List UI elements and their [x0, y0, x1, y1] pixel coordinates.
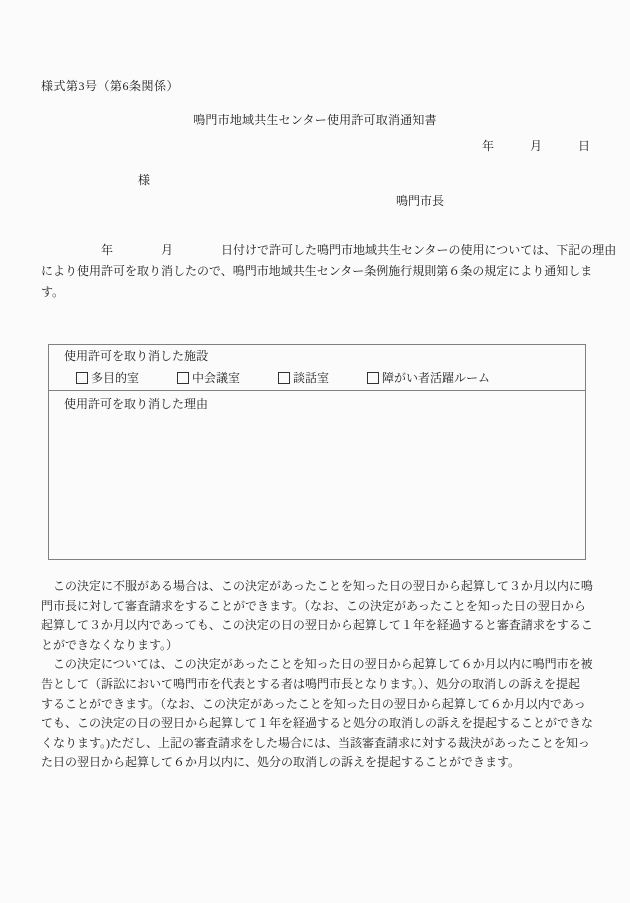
facility-checkbox-chukaigi[interactable]: 中会議室 [177, 372, 240, 384]
lawsuit-note: この決定については、この決定があったことを知った日の翌日から起算して６か月以内に… [41, 655, 629, 773]
form-number: 様式第3号（第6条関係） [41, 80, 179, 92]
legal-notes: この決定に不服がある場合は、この決定があったことを知った日の翌日から起算して３か… [41, 577, 629, 773]
facility-options: 多目的室 中会議室 談話室 障がい者活躍ルーム [64, 372, 585, 384]
facility-checkbox-danwa[interactable]: 談話室 [278, 372, 329, 384]
facility-checkbox-label: 談話室 [293, 372, 329, 384]
checkbox-icon [367, 372, 379, 384]
facility-section: 使用許可を取り消した施設 多目的室 中会議室 談話室 障がい者活躍ルーム [49, 345, 585, 391]
checkbox-icon [76, 372, 88, 384]
checkbox-icon [278, 372, 290, 384]
reason-section: 使用許可を取り消した理由 [49, 391, 585, 559]
addressee-suffix: 様 [138, 174, 150, 186]
facility-checkbox-label: 多目的室 [91, 372, 139, 384]
reason-blank-area[interactable] [64, 412, 585, 542]
date-line: 年 月 日 [41, 140, 590, 152]
appeal-note: この決定に不服がある場合は、この決定があったことを知った日の翌日から起算して３か… [41, 577, 629, 655]
body-paragraph: 年 月 日付けで許可した鳴門市地域共生センターの使用については、下記の理由 によ… [41, 240, 629, 303]
facility-checkbox-label: 障がい者活躍ルーム [382, 372, 490, 384]
document-title: 鳴門市地域共生センター使用許可取消通知書 [0, 114, 630, 126]
document-page: 様式第3号（第6条関係） 鳴門市地域共生センター使用許可取消通知書 年 月 日 … [0, 0, 630, 903]
facility-section-label: 使用許可を取り消した施設 [64, 349, 585, 364]
checkbox-icon [177, 372, 189, 384]
facility-checkbox-tamokuteki[interactable]: 多目的室 [76, 372, 139, 384]
cancellation-table: 使用許可を取り消した施設 多目的室 中会議室 談話室 障がい者活躍ルーム [48, 344, 586, 560]
sender-name: 鳴門市長 [396, 195, 444, 207]
reason-section-label: 使用許可を取り消した理由 [64, 397, 585, 412]
facility-checkbox-label: 中会議室 [192, 372, 240, 384]
facility-checkbox-katsuyaku[interactable]: 障がい者活躍ルーム [367, 372, 490, 384]
